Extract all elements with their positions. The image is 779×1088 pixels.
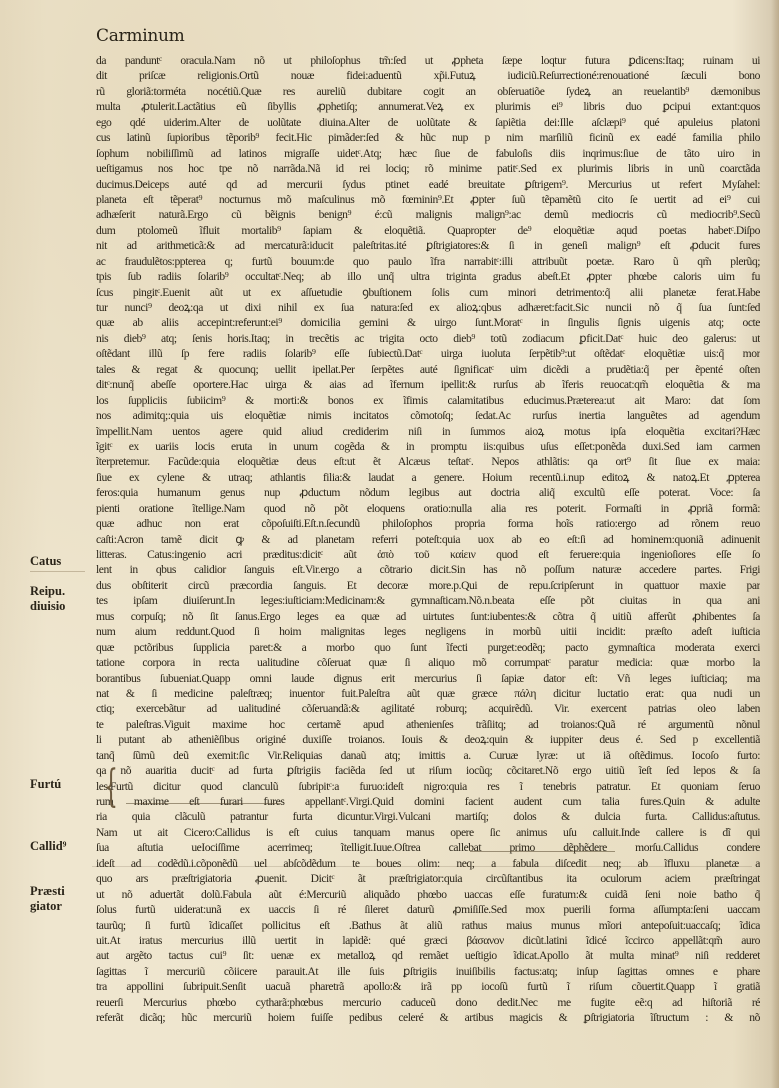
page-edge-shadow: [771, 0, 779, 1088]
text-line: planeta eſt tẽperat⁹ nocturnus mõ maſcul…: [96, 192, 760, 207]
text-line: tur nunci⁹ deoꝝ:qa ut dixi nihil ex ſua …: [96, 300, 760, 315]
text-line: quo ars præſtrigiatoria ꝓuenit. Dicitᶜ ã…: [96, 871, 760, 886]
handwritten-underline: [92, 866, 752, 867]
text-line: tales & regat & quocunq; uellit ipellat.…: [96, 362, 760, 377]
running-head: Carminum: [96, 26, 184, 46]
text-line: mus corpuſq; nõ ſit ſanus.Ergo leges ea …: [96, 609, 760, 624]
text-line: ſophum nobiliſſimũ ad latinos migraſſe u…: [96, 146, 760, 161]
text-line: feros:quia humanum genus nup ꝓductum nõd…: [96, 485, 760, 500]
text-line: ſcus pingitᶜ.Euenit aũt ut ex aſſuetudie…: [96, 285, 760, 300]
text-line: ut nõ aduertãt dolũ.Fabula aũt é:Mercuri…: [96, 887, 760, 902]
text-line: ueſtigamus nos hoc tpe nõ narrãda.Nã id …: [96, 161, 760, 176]
text-line: multa ꝓtulerit.Lactãtius eũ ſibyllis ꝓph…: [96, 99, 760, 114]
text-line: te paleſtras.Viguit maxime hoc certamẽ a…: [96, 717, 760, 732]
text-line: dum ptolomeũ ĩfluit mortalib⁹ ſapiam & e…: [96, 223, 760, 238]
text-line: Nam ut ait Cicero:Callidus is eſt cuius …: [96, 825, 760, 840]
text-line: nit ad arithmeticã:& ad mercaturã:iducit…: [96, 238, 760, 253]
text-line: tanq̃ ſũmũ deũ exemit:ſic Vir.Reliquias …: [96, 748, 760, 763]
text-line: nis dieb⁹ atq; ſenis horis.Itaq; in trec…: [96, 331, 760, 346]
handwritten-underline: [470, 851, 615, 852]
text-line: lent in qbus calidior ſanguis eſt.Vir.er…: [96, 562, 760, 577]
text-line: ria quia clãculũ patrantur furta dicuntu…: [96, 809, 760, 824]
main-text-column: da panduntᶜ oracula.Nam nõ ut philoſophu…: [96, 53, 760, 1026]
text-line: quæ adhuc non erat cõpoſuiſti.Eſt.n.ſecu…: [96, 516, 760, 531]
marginal-note: giator: [30, 899, 92, 913]
text-line: tpis ſub radiis ſolarib⁹ occultatᶜ.Neq; …: [96, 269, 760, 284]
text-line: taurũq; ſi furtũ ĩdicaſſet pollicitus eſ…: [96, 918, 760, 933]
text-line: referãt dicãq; hũc mercuriũ hoiem fuiſſe…: [96, 1010, 760, 1025]
text-line: ideſt ad codẽdũ.i.cõponẽdũ uel abſcõdẽdu…: [96, 856, 760, 871]
text-line: quæ ab aliis accepint:referunt:ei⁹ domic…: [96, 315, 760, 330]
text-line: caſti:Acron tamẽ dicit ꝙ & ad planetam r…: [96, 532, 760, 547]
text-line: quæ pctõribus ſupplicia paret:& a morbo …: [96, 640, 760, 655]
text-line: les.Furtũ dicitur quod clanculũ ſubripit…: [96, 779, 760, 794]
text-line: ſua aſtutia ueIociſſime acerrimeq; ĩtell…: [96, 840, 760, 855]
text-line: litteras. Catus:ingenio acri præditus:di…: [96, 547, 760, 562]
text-line: nat & ſi medicine paleſtræq; inuentor fu…: [96, 686, 760, 701]
marginal-note: Reipu.: [30, 584, 92, 598]
text-line: aut argẽto tactus cui⁹ ſit: uenæ ex meta…: [96, 948, 760, 963]
marginal-note: Callid⁹: [30, 839, 92, 853]
text-line: los ſuppliciis ſubiicim⁹ & morti:& bonos…: [96, 393, 760, 408]
text-line: ſiue ex cylene & utraq; athlantis filia:…: [96, 470, 760, 485]
text-line: reuerſi Mercurius phœbo cytharã:phœbus m…: [96, 995, 760, 1010]
marginal-note: Præsti: [30, 884, 92, 898]
text-line: pienti oratione ĩtellige.Nam quod nõ põt…: [96, 501, 760, 516]
text-line: tra appollini ſubripuit.Senſit uacuã pha…: [96, 979, 760, 994]
text-line: tatione corpora in recta ualitudine cõſe…: [96, 655, 760, 670]
text-line: tes ipſam diuiſerunt.In leges:iuſticiam:…: [96, 593, 760, 608]
text-line: ducimus.Deiceps auté qd ad mercurii ſydu…: [96, 177, 760, 192]
handwritten-underline: [126, 803, 281, 804]
text-line: num aium reddunt.Quod ſi hoim malignitas…: [96, 624, 760, 639]
text-line: adhæſerit naturã.Ergo cũ bẽignis benign⁹…: [96, 207, 760, 222]
text-line: rum maxime eſt furari fures appellantᶜ.V…: [96, 794, 760, 809]
text-line: oſtẽdant illũ ſp fere radiis ſolarib⁹ eſ…: [96, 346, 760, 361]
text-line: cus latinũ ſupioribus tẽporib⁹ fecit.Hic…: [96, 130, 760, 145]
text-line: qa nõ auaritia ducitᶜ ad furta ꝑſtrigiis…: [96, 763, 760, 778]
text-line: rũ gloriã:torméta nocétiũ.Quæ res aureli…: [96, 84, 760, 99]
margin-rule: [30, 571, 85, 572]
text-line: ac fraudulẽtos:ppterea q; furtũ bouum:de…: [96, 254, 760, 269]
text-line: ĩgitᶜ ex uariis locis eruta in unum cogẽ…: [96, 439, 760, 454]
text-line: ego qdé uiderim.Alter de uolũtate diuina…: [96, 115, 760, 130]
marginal-note: Furtú: [30, 777, 92, 791]
text-line: nos adimitq;:quia uis eloquẽtiæ nimis in…: [96, 408, 760, 423]
text-line: dus obſtiterit circũ præcordia ſanguis. …: [96, 578, 760, 593]
text-line: da panduntᶜ oracula.Nam nõ ut philoſophu…: [96, 53, 760, 68]
text-line: li putant ab atheniẽſibus originé duxiſſ…: [96, 732, 760, 747]
text-line: ĩterpretemur. Facũde:quia eloquẽtiæ deus…: [96, 454, 760, 469]
text-line: ctiq; exercebãtur ad ualitudiné cõſeruan…: [96, 701, 760, 716]
furtu-brace-mark: {: [104, 765, 118, 809]
text-line: borantibus ſubueniat.Quapp omni laude di…: [96, 671, 760, 686]
marginal-note: Catus: [30, 554, 92, 568]
text-line: ditᶜ:nunq̃ abeſſe oportere.Hac uirga & a…: [96, 377, 760, 392]
text-line: uit.At iratus mercurius illũ uertit in l…: [96, 933, 760, 948]
marginal-note: diuisio: [30, 599, 92, 613]
text-line: ĩmpellit.Nam uentos agere quid aliud cre…: [96, 424, 760, 439]
text-line: ſagittas ĩ mercuriũ cõiicere parauit.At …: [96, 964, 760, 979]
text-line: ſolus furtũ uiderat:unã ex uaccis ſi ré …: [96, 902, 760, 917]
text-line: dit priſcæ religionis.Ortũ nouæ fidei:ad…: [96, 68, 760, 83]
